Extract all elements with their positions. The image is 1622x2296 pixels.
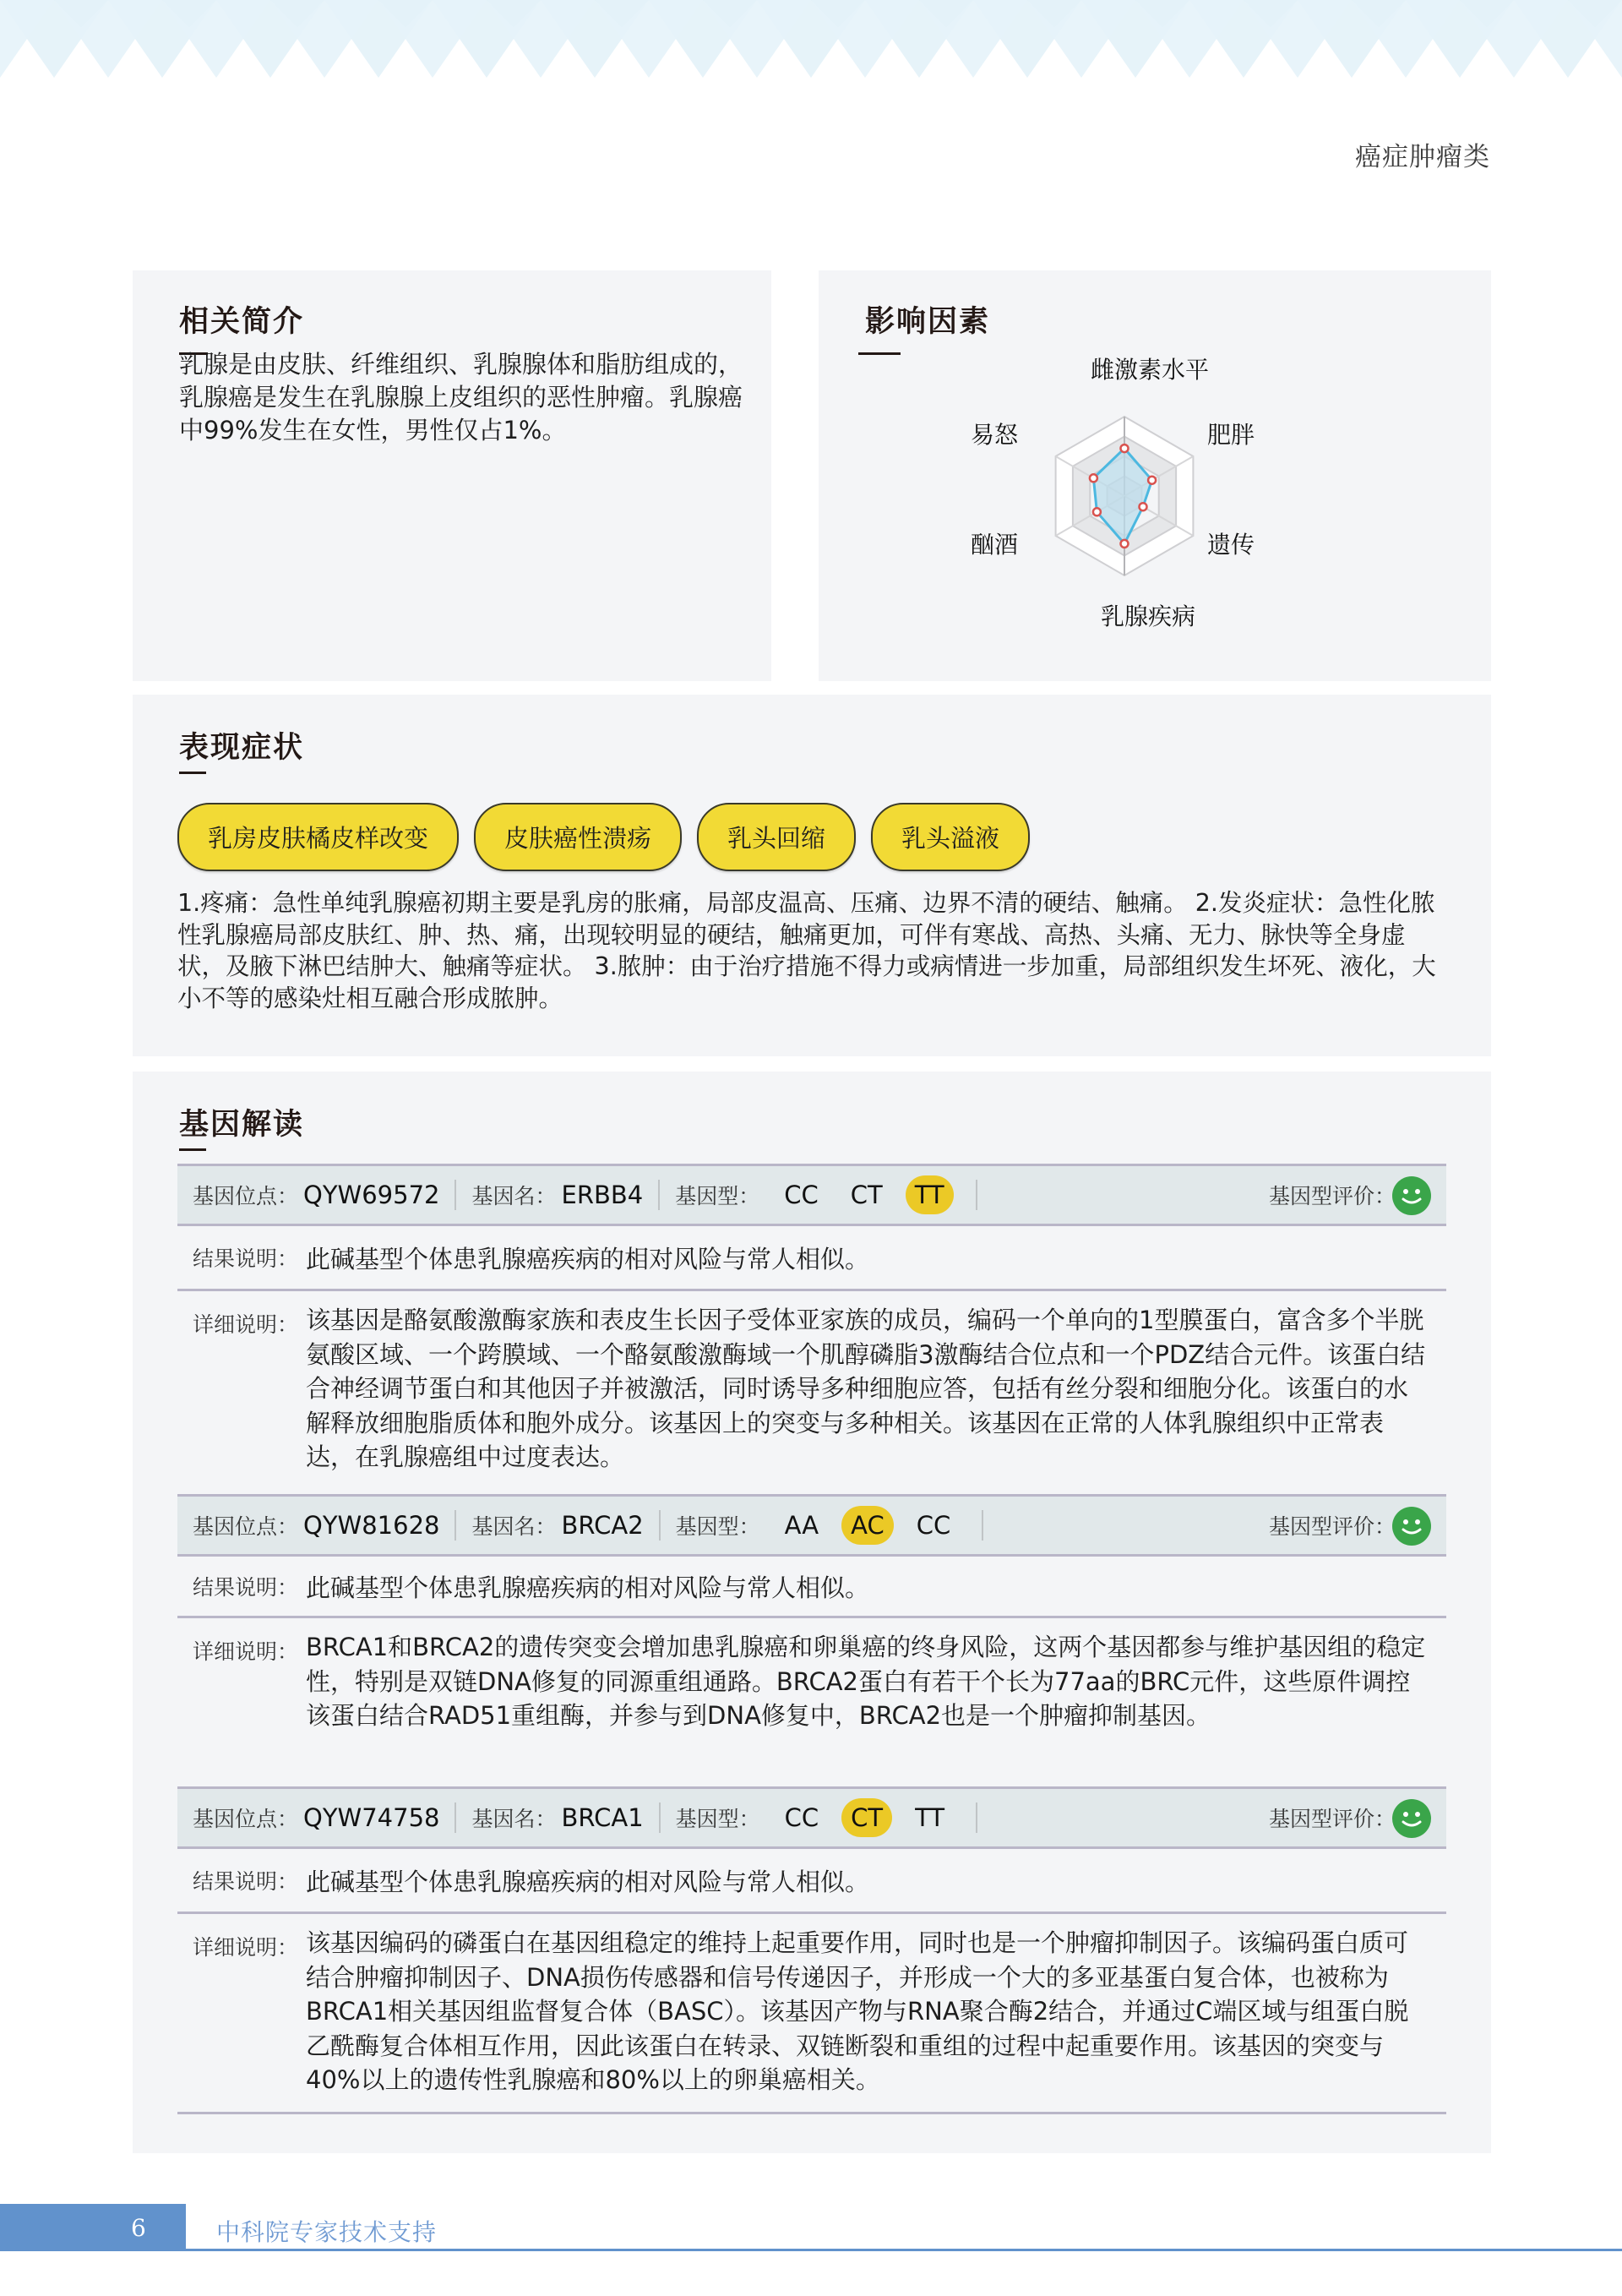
symptoms-panel: 表现症状 乳房皮肤橘皮样改变 皮肤癌性溃疡 乳头回缩 乳头溢液 1.疼痛：急性单… <box>133 695 1491 1056</box>
genotype-option: CT <box>841 1175 892 1214</box>
gene-table: 基因位点： QYW69572 基因名： ERBB4 基因型： CC CT TT … <box>177 1164 1446 2114</box>
result-label: 结果说明： <box>177 1571 306 1601</box>
gene-header-row: 基因位点： QYW81628 基因名： BRCA2 基因型： AA AC CC … <box>177 1497 1446 1557</box>
header-triangle-pattern <box>0 0 1622 78</box>
intro-panel: 相关简介 乳腺是由皮肤、纤维组织、乳腺腺体和脂肪组成的，乳腺癌是发生在乳腺腺上皮… <box>133 270 771 681</box>
result-row: 结果说明： 此碱基型个体患乳腺癌疾病的相对风险与常人相似。 <box>177 1557 1446 1618</box>
genotype-option: CC <box>776 1798 829 1837</box>
locus-label: 基因位点： <box>193 1180 298 1210</box>
divider <box>454 1510 456 1541</box>
gene-name-value: BRCA2 <box>562 1511 644 1540</box>
radar-label-estrogen: 雌激素水平 <box>1091 352 1209 385</box>
genotype-option: CC <box>775 1175 828 1214</box>
divider <box>658 1180 660 1210</box>
detail-row: 详细说明： 该基因是酪氨酸激酶家族和表皮生长因子受体亚家族的成员，编码一个单向的… <box>177 1291 1446 1497</box>
genotype-option-selected: CT <box>841 1798 892 1837</box>
detail-text: 该基因编码的磷蛋白在基因组稳定的维持上起重要作用，同时也是一个肿瘤抑制因子。该编… <box>306 1926 1446 2097</box>
result-text: 此碱基型个体患乳腺癌疾病的相对风险与常人相似。 <box>306 1863 1446 1898</box>
gene-name-value: ERBB4 <box>562 1181 644 1209</box>
locus-value: QYW81628 <box>303 1511 439 1540</box>
symptom-pill: 皮肤癌性溃疡 <box>474 803 682 871</box>
genes-title: 基因解读 <box>179 1101 304 1143</box>
symptom-pills: 乳房皮肤橘皮样改变 皮肤癌性溃疡 乳头回缩 乳头溢液 <box>177 803 1030 871</box>
footer-page-box <box>0 2204 186 2251</box>
page-number: 6 <box>131 2214 146 2242</box>
factors-panel: 影响因素 雌激素水平 肥胖 遗传 乳腺疾病 酗酒 易怒 <box>819 270 1491 681</box>
result-label: 结果说明： <box>177 1865 306 1895</box>
footer-line <box>186 2249 1622 2251</box>
result-label: 结果说明： <box>177 1242 306 1273</box>
evaluation-label: 基因型评价： <box>1269 1789 1396 1846</box>
detail-text: 该基因是酪氨酸激酶家族和表皮生长因子受体亚家族的成员，编码一个单向的1型膜蛋白，… <box>306 1303 1446 1475</box>
locus-label: 基因位点： <box>193 1510 298 1541</box>
divider <box>454 1180 456 1210</box>
symptom-pill: 乳房皮肤橘皮样改变 <box>177 803 459 871</box>
divider <box>976 1802 977 1833</box>
gene-name-label: 基因名： <box>471 1802 556 1833</box>
result-text: 此碱基型个体患乳腺癌疾病的相对风险与常人相似。 <box>306 1569 1446 1604</box>
divider <box>982 1510 983 1541</box>
genotype-label: 基因型： <box>676 1802 760 1833</box>
footer-text: 中科院专家技术支持 <box>216 2214 437 2248</box>
detail-label: 详细说明： <box>177 1926 306 1961</box>
evaluation-label: 基因型评价： <box>1269 1497 1396 1554</box>
detail-row: 详细说明： BRCA1和BRCA2的遗传突变会增加患乳腺癌和卵巢癌的终身风险，这… <box>177 1618 1446 1789</box>
gene-header-row: 基因位点： QYW69572 基因名： ERBB4 基因型： CC CT TT … <box>177 1164 1446 1226</box>
divider <box>659 1802 661 1833</box>
title-underline <box>179 1148 206 1151</box>
detail-row: 详细说明： 该基因编码的磷蛋白在基因组稳定的维持上起重要作用，同时也是一个肿瘤抑… <box>177 1914 1446 2114</box>
radar-label-heredity: 遗传 <box>1207 526 1255 560</box>
locus-value: QYW74758 <box>303 1803 439 1832</box>
result-row: 结果说明： 此碱基型个体患乳腺癌疾病的相对风险与常人相似。 <box>177 1226 1446 1291</box>
gene-name-label: 基因名： <box>471 1510 556 1541</box>
genotype-option: AA <box>776 1506 828 1545</box>
genotype-label: 基因型： <box>676 1510 760 1541</box>
radar-label-alcohol: 酗酒 <box>971 526 1018 560</box>
gene-name-label: 基因名： <box>471 1180 556 1210</box>
genotype-option: TT <box>906 1798 954 1837</box>
evaluation-label: 基因型评价： <box>1269 1166 1396 1224</box>
detail-text: BRCA1和BRCA2的遗传突变会增加患乳腺癌和卵巢癌的终身风险，这两个基因都参… <box>306 1630 1446 1733</box>
divider <box>976 1180 977 1210</box>
gene-name-value: BRCA1 <box>562 1803 644 1832</box>
genotype-option-selected: TT <box>906 1175 954 1214</box>
result-text: 此碱基型个体患乳腺癌疾病的相对风险与常人相似。 <box>306 1241 1446 1275</box>
symptom-pill: 乳头回缩 <box>697 803 856 871</box>
genotype-label: 基因型： <box>675 1180 759 1210</box>
symptoms-title: 表现症状 <box>179 724 304 766</box>
symptom-description: 1.疼痛：急性单纯乳腺癌初期主要是乳房的胀痛，局部皮温高、压痛、边界不清的硬结、… <box>177 887 1445 1014</box>
intro-title: 相关简介 <box>179 298 304 341</box>
smiley-face-icon <box>1392 1176 1431 1215</box>
radar-label-obesity: 肥胖 <box>1207 417 1255 450</box>
genotype-option-selected: AC <box>841 1506 894 1545</box>
detail-label: 详细说明： <box>177 1630 306 1666</box>
radar-label-irritability: 易怒 <box>971 417 1018 450</box>
genotype-option: CC <box>907 1506 961 1545</box>
gene-header-row: 基因位点： QYW74758 基因名： BRCA1 基因型： CC CT TT … <box>177 1789 1446 1849</box>
genes-panel: 基因解读 基因位点： QYW69572 基因名： ERBB4 基因型： CC C… <box>133 1072 1491 2153</box>
result-row: 结果说明： 此碱基型个体患乳腺癌疾病的相对风险与常人相似。 <box>177 1849 1446 1914</box>
smiley-face-icon <box>1392 1799 1431 1838</box>
locus-value: QYW69572 <box>303 1181 439 1209</box>
smiley-face-icon <box>1392 1507 1431 1546</box>
locus-label: 基因位点： <box>193 1802 298 1833</box>
title-underline <box>179 772 206 774</box>
divider <box>454 1802 456 1833</box>
detail-label: 详细说明： <box>177 1303 306 1339</box>
radar-label-breast-disease: 乳腺疾病 <box>1101 598 1195 632</box>
page-category: 癌症肿瘤类 <box>1355 135 1490 173</box>
intro-text: 乳腺是由皮肤、纤维组织、乳腺腺体和脂肪组成的，乳腺癌是发生在乳腺腺上皮组织的恶性… <box>179 348 754 447</box>
symptom-pill: 乳头溢液 <box>871 803 1030 871</box>
divider <box>659 1510 661 1541</box>
